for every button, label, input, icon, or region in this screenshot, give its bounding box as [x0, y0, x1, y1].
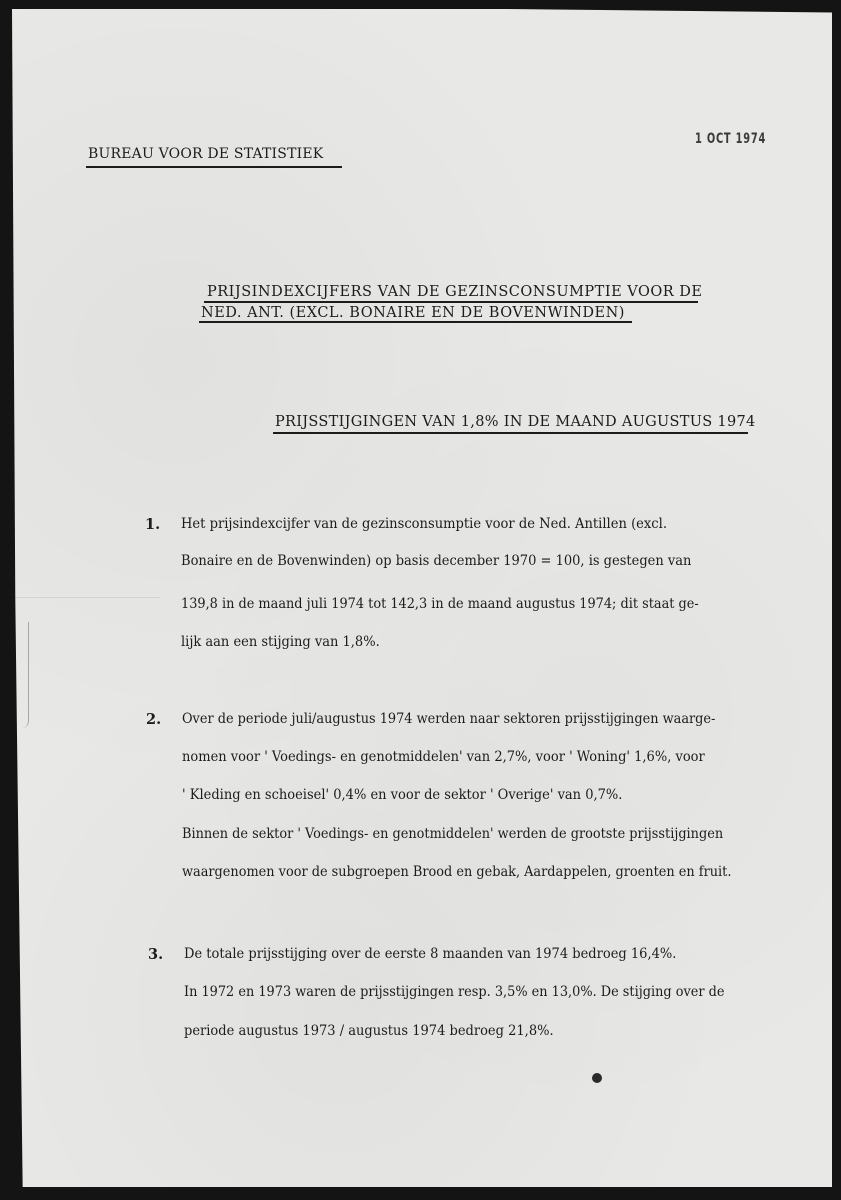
title-underline-1: [204, 301, 698, 303]
ink-dot: [592, 1073, 602, 1083]
section-number-2: 2.: [146, 711, 161, 728]
section-3-line-3: periode augustus 1973 / augustus 1974 be…: [184, 1023, 554, 1039]
pencil-mark: [22, 622, 29, 728]
organization-underline: [86, 166, 342, 168]
document-title-line-2: NED. ANT. (EXCL. BONAIRE EN DE BOVENWIND…: [201, 305, 625, 321]
date-stamp: 1 OCT 1974: [695, 131, 766, 147]
section-1-line-1: Het prijsindexcijfer van de gezinsconsum…: [181, 516, 667, 532]
section-2-line-5: waargenomen voor de subgroepen Brood en …: [182, 864, 731, 880]
section-2-line-3: ' Kleding en schoeisel' 0,4% en voor de …: [182, 787, 622, 803]
section-number-1: 1.: [145, 516, 160, 533]
document-title-line-1: PRIJSINDEXCIJFERS VAN DE GEZINSCONSUMPTI…: [207, 284, 703, 300]
section-1-line-2: Bonaire en de Bovenwinden) op basis dece…: [181, 553, 691, 569]
document-subtitle: PRIJSSTIJGINGEN VAN 1,8% IN DE MAAND AUG…: [275, 414, 756, 430]
section-1-line-3: 139,8 in de maand juli 1974 tot 142,3 in…: [181, 596, 699, 612]
paper-fold-mark: [10, 597, 160, 598]
title-underline-2: [199, 321, 632, 323]
section-2-line-1: Over de periode juli/augustus 1974 werde…: [182, 711, 715, 727]
section-2-line-4: Binnen de sektor ' Voedings- en genotmid…: [182, 826, 723, 842]
section-3-line-2: In 1972 en 1973 waren de prijsstijgingen…: [184, 984, 724, 1000]
section-3-line-1: De totale prijsstijging over de eerste 8…: [184, 946, 676, 962]
organization-name: BUREAU VOOR DE STATISTIEK: [88, 146, 323, 162]
subtitle-underline: [273, 432, 748, 434]
section-2-line-2: nomen voor ' Voedings- en genotmiddelen'…: [182, 749, 705, 765]
section-number-3: 3.: [148, 946, 163, 963]
section-1-line-4: lijk aan een stijging van 1,8%.: [181, 634, 380, 650]
